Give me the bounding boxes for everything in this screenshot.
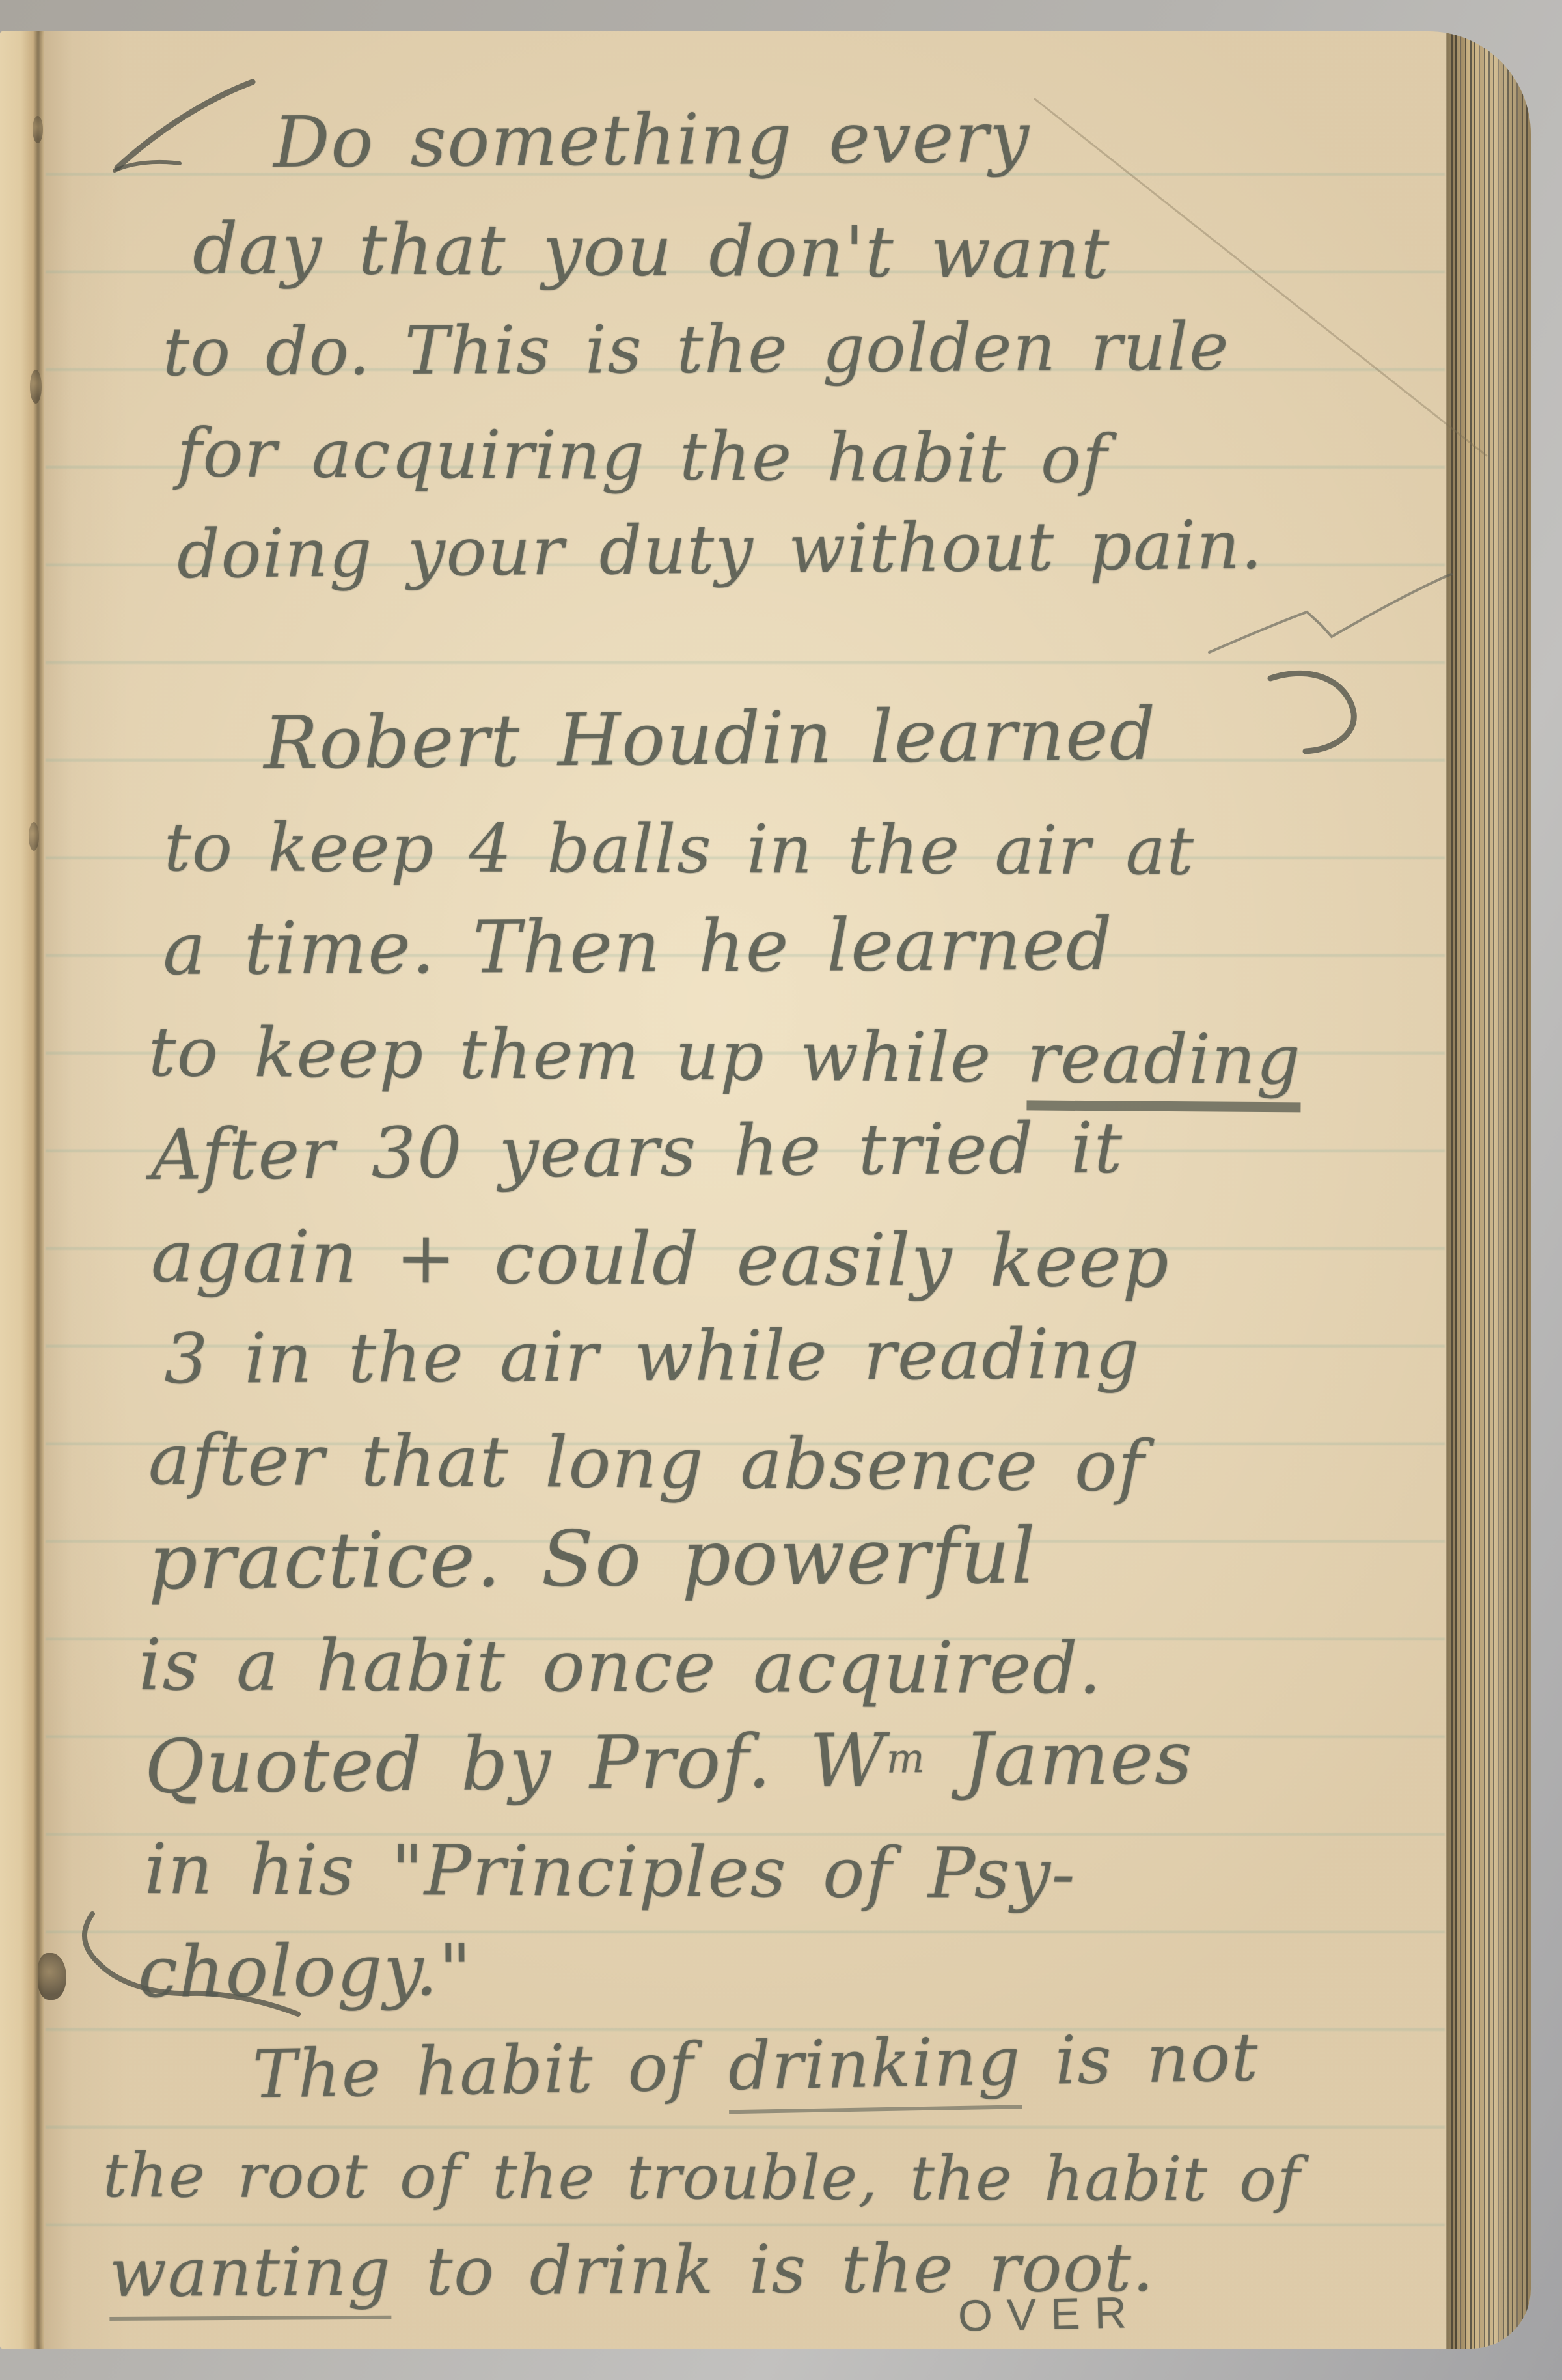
- handwriting-line: in his "Principles of Psy-: [144, 1829, 1076, 1915]
- handwriting-line: again + could easily keep: [151, 1215, 1170, 1304]
- handwriting-line: chology.": [138, 1928, 473, 2013]
- handwriting-line: for acquiring the habit of: [177, 414, 1108, 499]
- handwriting-text: The habit of: [252, 2028, 729, 2114]
- handwriting-line: Do something every: [273, 97, 1031, 184]
- handwriting-line: the root of the trouble, the habit of: [103, 2140, 1301, 2215]
- handwriting-line: practice. So powerful: [148, 1510, 1037, 1607]
- handwriting-text: After 30 years he tried it: [151, 1108, 1124, 1196]
- handwriting-text: m: [886, 1734, 925, 1782]
- handwriting-line: day that you don't want: [193, 208, 1110, 294]
- handwriting-line: to keep them up while reading: [148, 1012, 1302, 1100]
- handwriting-text: Robert Houdin learned: [263, 693, 1157, 786]
- handwriting-line: The habit of drinking is not: [252, 2019, 1259, 2114]
- handwriting-text: is a habit once acquired.: [139, 1624, 1103, 1709]
- handwriting-text: a time. Then he learned: [163, 902, 1114, 991]
- handwriting-line: a time. Then he learned: [163, 902, 1114, 991]
- handwriting-line: doing your duty without pain.: [176, 506, 1263, 594]
- handwriting-line: 3 in the air while reading: [164, 1314, 1141, 1399]
- handwriting-text: after that long absence of: [148, 1419, 1145, 1508]
- handwriting-text: is not: [1021, 2019, 1259, 2100]
- handwriting-text: 3 in the air while reading: [164, 1314, 1141, 1399]
- handwriting-text: Do something every: [273, 97, 1031, 184]
- handwriting-line: to keep 4 balls in the air at: [164, 809, 1195, 891]
- handwriting-line: after that long absence of: [148, 1419, 1145, 1508]
- handwriting-text: James: [925, 1715, 1194, 1803]
- handwriting-text: chology.": [138, 1928, 473, 2013]
- handwriting-line: After 30 years he tried it: [151, 1108, 1124, 1196]
- handwriting-block: Do something everyday that you don't wan…: [0, 0, 1562, 2380]
- underlined-word: drinking: [728, 2023, 1022, 2114]
- underlined-word: wanting: [109, 2233, 392, 2321]
- handwriting-text: practice. So powerful: [148, 1510, 1037, 1607]
- handwriting-line: is a habit once acquired.: [139, 1624, 1103, 1709]
- handwriting-text: day that you don't want: [193, 208, 1110, 294]
- handwriting-line: to do. This is the golden rule: [163, 308, 1230, 391]
- handwriting-text: to drink is the root.: [391, 2229, 1155, 2311]
- handwriting-text: to do. This is the golden rule: [163, 308, 1230, 391]
- handwriting-text: in his "Principles of Psy-: [144, 1829, 1076, 1915]
- handwriting-text: to keep them up while: [148, 1012, 1028, 1098]
- handwriting-text: Quoted by Prof. W: [144, 1717, 886, 1810]
- handwriting-text: for acquiring the habit of: [177, 414, 1108, 499]
- handwriting-line: Quoted by Prof. Wm James: [144, 1715, 1194, 1810]
- underlined-word: reading: [1026, 1018, 1302, 1112]
- handwriting-line: wanting to drink is the root.: [109, 2229, 1155, 2312]
- handwriting-text: the root of the trouble, the habit of: [103, 2140, 1301, 2215]
- handwriting-text: doing your duty without pain.: [176, 506, 1263, 594]
- handwriting-text: again + could easily keep: [151, 1215, 1170, 1304]
- handwriting-text: to keep 4 balls in the air at: [164, 809, 1195, 891]
- handwriting-line: Robert Houdin learned: [263, 693, 1157, 786]
- scanned-notebook-photo: Do something everyday that you don't wan…: [0, 0, 1562, 2380]
